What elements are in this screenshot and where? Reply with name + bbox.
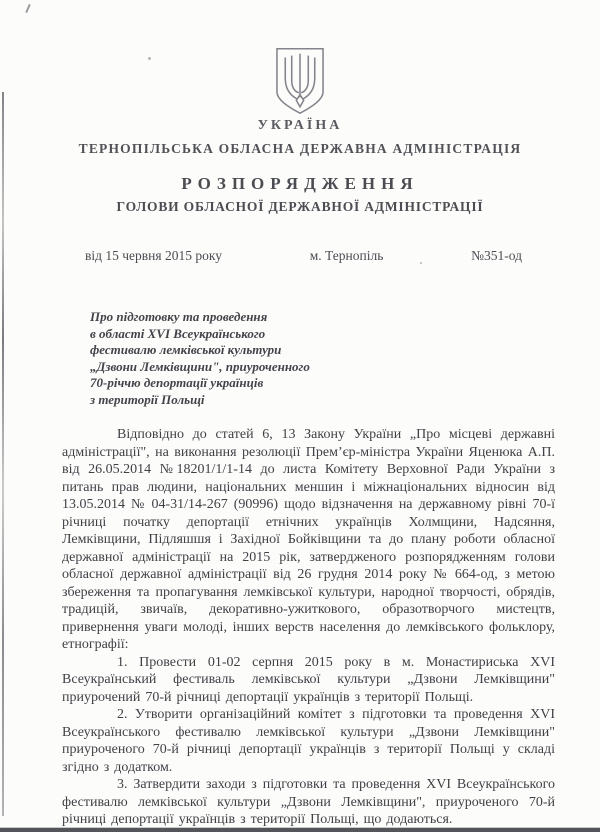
country-name: УКРАЇНА [0,118,600,134]
scan-speck [420,262,422,264]
document-body: Відповідно до статей 6, 13 Закону Україн… [62,426,555,829]
issue-place: м. Тернопіль [310,248,384,264]
date-number-line: від 15 червня 2015 року м. Тернопіль №35… [0,248,600,264]
document-issuer-subtitle: ГОЛОВИ ОБЛАСНОЇ ДЕРЖАВНОЇ АДМІНІСТРАЦІЇ [0,199,600,215]
scan-edge-left-line [2,92,4,816]
document-number: №351-од [471,248,522,264]
body-paragraph-item-1: 1. Провести 01-02 серпня 2015 року в м. … [62,654,555,707]
administration-name: ТЕРНОПІЛЬСЬКА ОБЛАСНА ДЕРЖАВНА АДМІНІСТР… [0,141,600,157]
scan-edge-bottom-line [0,827,600,832]
body-paragraph-preamble: Відповідно до статей 6, 13 Закону Україн… [62,426,555,654]
scan-speck [148,57,151,60]
ukraine-trident-coat-of-arms-icon [271,46,329,116]
body-paragraph-item-2: 2. Утворити організаційний комітет з під… [62,706,555,776]
letterhead: УКРАЇНА ТЕРНОПІЛЬСЬКА ОБЛАСНА ДЕРЖАВНА А… [0,46,600,215]
body-paragraph-item-3: 3. Затвердити заходи з підготовки та про… [62,776,555,829]
subject-block: Про підготовку та проведення в області X… [90,309,370,408]
scan-artifact-mark [25,4,30,13]
scanned-document-page: УКРАЇНА ТЕРНОПІЛЬСЬКА ОБЛАСНА ДЕРЖАВНА А… [0,0,600,832]
issue-date: від 15 червня 2015 року [85,248,222,264]
document-type-title: РОЗПОРЯДЖЕННЯ [0,174,600,194]
